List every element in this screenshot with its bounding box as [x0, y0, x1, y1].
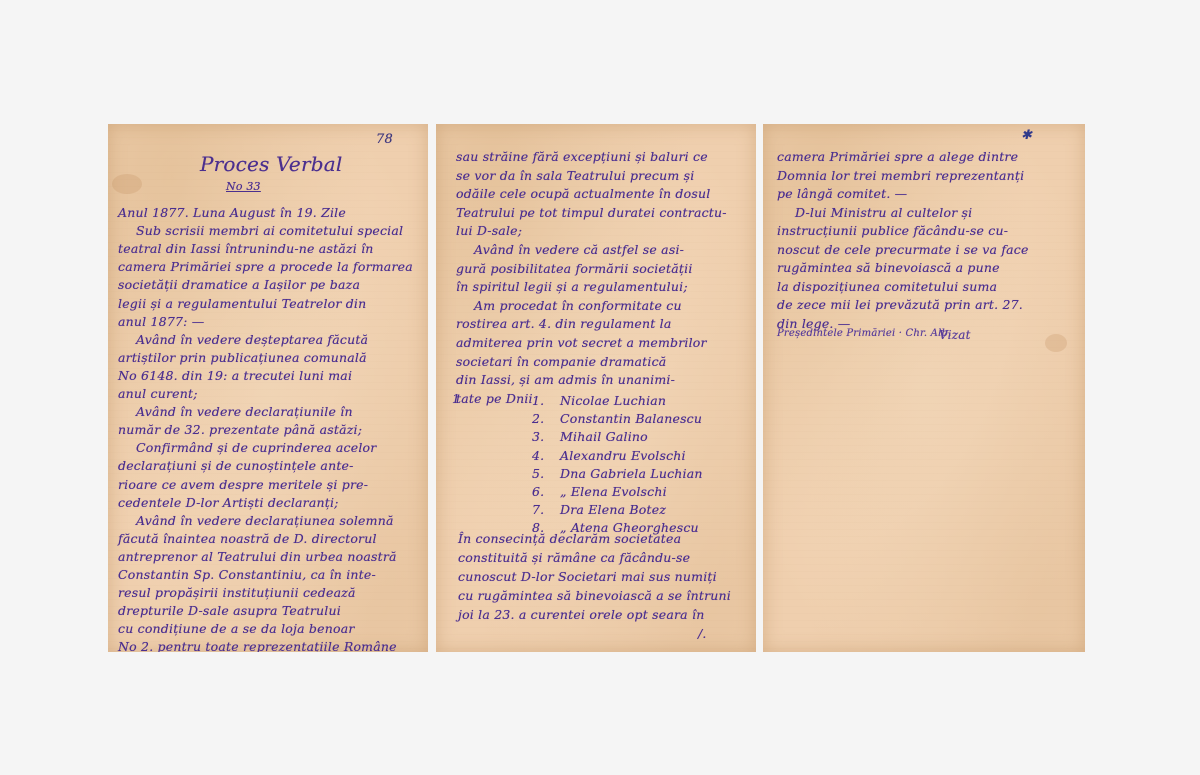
document-title: Proces Verbal: [200, 152, 342, 176]
manuscript-line: /.: [698, 623, 707, 644]
page-stamp-mark: ✱: [1021, 128, 1032, 143]
paper-stain: [112, 174, 142, 194]
manuscript-page-1: 78 Proces Verbal No 33 Anul 1877. Luna A…: [108, 124, 428, 652]
manuscript-page-3: ✱ camera Primăriei spre a alege dintreDo…: [763, 124, 1085, 652]
page-folio-mark: 78: [376, 132, 393, 147]
margin-mark: 1: [452, 388, 460, 409]
manuscript-line: joi la 23. a curentei orele opt seara în: [458, 604, 704, 625]
paper-stain: [1045, 334, 1067, 352]
manuscript-line: tate pe Dnii: [456, 388, 533, 409]
signature-vizat: Vizat: [939, 328, 971, 342]
manuscript-line: cunoscut D-lor Societari mai sus numiți: [458, 566, 717, 587]
manuscript-line: No 2. pentru toate reprezentațiile Român…: [118, 636, 397, 652]
signature-line: Președintele Primăriei · Chr. Alb.: [777, 328, 951, 339]
manuscript-line: În consecință declarăm societatea: [458, 528, 681, 549]
document-number: No 33: [226, 180, 261, 193]
manuscript-line: cu rugămintea să binevoiască a se întrun…: [458, 585, 731, 606]
manuscript-page-2: sau străine fără excepțiuni și baluri ce…: [436, 124, 756, 652]
manuscript-line: constituită și rămâne ca făcându-se: [458, 547, 690, 568]
